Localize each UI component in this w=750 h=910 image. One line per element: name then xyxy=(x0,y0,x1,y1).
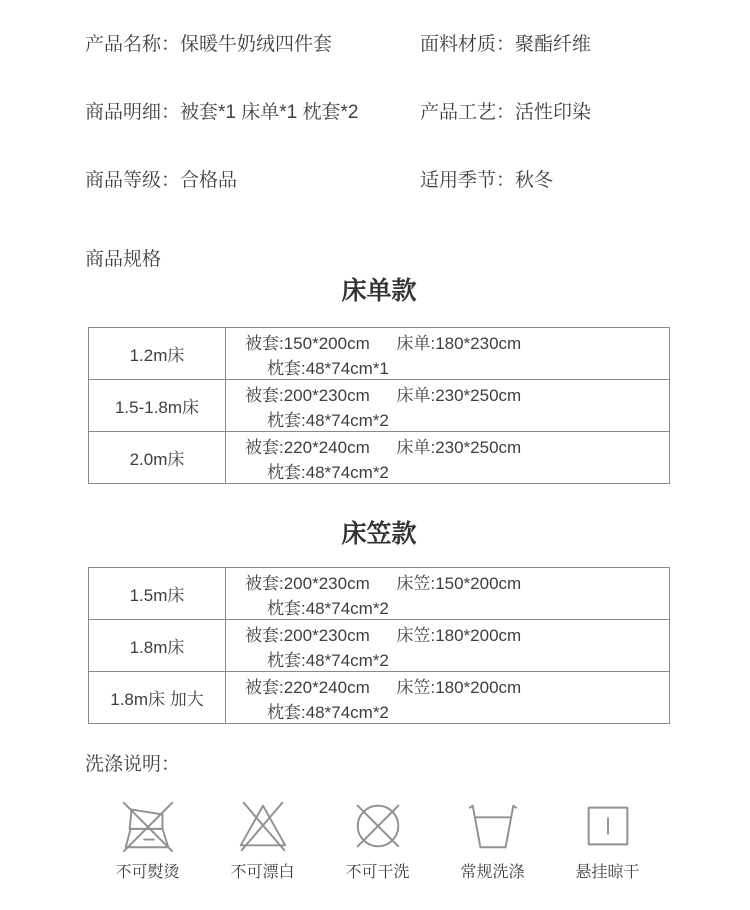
normal-wash-icon xyxy=(464,797,522,855)
size-cell: 2.0m床 xyxy=(89,432,226,484)
sheet-spec: 床单:230*250cm xyxy=(396,386,521,405)
care-label: 不可漂白 xyxy=(230,859,294,882)
attribute-row: 产品名称：保暖牛奶绒四件套 面料材质：聚酯纤维 xyxy=(85,32,685,58)
care-item-no-iron: 不可熨烫 xyxy=(90,797,205,882)
attr-value: 被套*1 床单*1 枕套*2 xyxy=(180,102,358,123)
table-row: 1.5m床 被套:200*230cm 床笠:150*200cm 枕套:48*74… xyxy=(89,568,670,620)
care-label: 悬挂晾干 xyxy=(575,859,639,882)
no-dry-clean-icon xyxy=(349,797,407,855)
spec-cell: 被套:200*230cm 床笠:150*200cm 枕套:48*74cm*2 xyxy=(226,568,670,620)
attr-craft: 产品工艺：活性印染 xyxy=(420,100,591,126)
attr-season: 适用季节：秋冬 xyxy=(420,168,553,194)
table-row: 2.0m床 被套:220*240cm 床单:230*250cm 枕套:48*74… xyxy=(89,432,670,484)
fitted-sheet-spec: 床笠:180*200cm xyxy=(396,678,521,697)
table-row: 1.8m床 加大 被套:220*240cm 床笠:180*200cm 枕套:48… xyxy=(89,672,670,724)
size-cell: 1.2m床 xyxy=(89,328,226,380)
pillow-spec: 枕套:48*74cm*2 xyxy=(267,463,389,482)
fitted-sheet-spec: 床笠:180*200cm xyxy=(396,626,521,645)
attr-value: 合格品 xyxy=(180,170,237,191)
attr-grade: 商品等级：合格品 xyxy=(85,168,420,194)
size-cell: 1.5m床 xyxy=(89,568,226,620)
sheet-table-title: 床单款 xyxy=(88,276,670,306)
duvet-spec: 被套:150*200cm xyxy=(245,334,370,353)
table-row: 1.8m床 被套:200*230cm 床笠:180*200cm 枕套:48*74… xyxy=(89,620,670,672)
attr-label: 产品名称： xyxy=(85,34,180,55)
attribute-row: 商品等级：合格品 适用季节：秋冬 xyxy=(85,168,685,194)
no-iron-icon xyxy=(119,797,177,855)
table-row: 1.5-1.8m床 被套:200*230cm 床单:230*250cm 枕套:4… xyxy=(89,380,670,432)
attr-label: 商品等级： xyxy=(85,170,180,191)
size-cell: 1.5-1.8m床 xyxy=(89,380,226,432)
spec-section-title: 商品规格 xyxy=(85,247,161,273)
pillow-spec: 枕套:48*74cm*1 xyxy=(267,359,389,378)
duvet-spec: 被套:220*240cm xyxy=(245,438,370,457)
care-icons-row: 不可熨烫 不可漂白 不可干洗 常规洗涤 xyxy=(90,797,665,882)
attr-fabric-material: 面料材质：聚酯纤维 xyxy=(420,32,591,58)
spec-cell: 被套:220*240cm 床笠:180*200cm 枕套:48*74cm*2 xyxy=(226,672,670,724)
care-label: 不可干洗 xyxy=(345,859,409,882)
sheet-spec: 床单:230*250cm xyxy=(396,438,521,457)
product-attributes: 产品名称：保暖牛奶绒四件套 面料材质：聚酯纤维 商品明细：被套*1 床单*1 枕… xyxy=(85,32,685,236)
attr-label: 商品明细： xyxy=(85,102,180,123)
attr-label: 产品工艺： xyxy=(420,102,515,123)
attr-value: 聚酯纤维 xyxy=(515,34,591,55)
care-label: 常规洗涤 xyxy=(460,859,524,882)
spec-cell: 被套:220*240cm 床单:230*250cm 枕套:48*74cm*2 xyxy=(226,432,670,484)
no-bleach-icon xyxy=(234,797,292,855)
spec-cell: 被套:200*230cm 床笠:180*200cm 枕套:48*74cm*2 xyxy=(226,620,670,672)
pillow-spec: 枕套:48*74cm*2 xyxy=(267,703,389,722)
attr-product-name: 产品名称：保暖牛奶绒四件套 xyxy=(85,32,420,58)
attr-value: 秋冬 xyxy=(515,170,553,191)
spec-cell: 被套:150*200cm 床单:180*230cm 枕套:48*74cm*1 xyxy=(226,328,670,380)
care-item-normal-wash: 常规洗涤 xyxy=(435,797,550,882)
duvet-spec: 被套:220*240cm xyxy=(245,678,370,697)
sheet-spec: 床单:180*230cm xyxy=(396,334,521,353)
attr-value: 活性印染 xyxy=(515,102,591,123)
attr-label: 面料材质： xyxy=(420,34,515,55)
care-item-no-bleach: 不可漂白 xyxy=(205,797,320,882)
spec-cell: 被套:200*230cm 床单:230*250cm 枕套:48*74cm*2 xyxy=(226,380,670,432)
pillow-spec: 枕套:48*74cm*2 xyxy=(267,411,389,430)
attr-value: 保暖牛奶绒四件套 xyxy=(180,34,332,55)
attr-label: 适用季节： xyxy=(420,170,515,191)
fitted-sheet-spec: 床笠:150*200cm xyxy=(396,574,521,593)
table-row: 1.2m床 被套:150*200cm 床单:180*230cm 枕套:48*74… xyxy=(89,328,670,380)
sheet-spec-table: 1.2m床 被套:150*200cm 床单:180*230cm 枕套:48*74… xyxy=(88,327,670,484)
size-cell: 1.8m床 xyxy=(89,620,226,672)
product-detail-page: 产品名称：保暖牛奶绒四件套 面料材质：聚酯纤维 商品明细：被套*1 床单*1 枕… xyxy=(0,0,750,910)
washing-section-title: 洗涤说明： xyxy=(85,752,180,778)
pillow-spec: 枕套:48*74cm*2 xyxy=(267,651,389,670)
fitted-spec-table: 1.5m床 被套:200*230cm 床笠:150*200cm 枕套:48*74… xyxy=(88,567,670,724)
care-item-no-dry-clean: 不可干洗 xyxy=(320,797,435,882)
attr-item-detail: 商品明细：被套*1 床单*1 枕套*2 xyxy=(85,100,420,126)
fitted-table-title: 床笠款 xyxy=(88,519,670,549)
duvet-spec: 被套:200*230cm xyxy=(245,626,370,645)
hang-dry-icon xyxy=(579,797,637,855)
attribute-row: 商品明细：被套*1 床单*1 枕套*2 产品工艺：活性印染 xyxy=(85,100,685,126)
size-cell: 1.8m床 加大 xyxy=(89,672,226,724)
care-item-hang-dry: 悬挂晾干 xyxy=(550,797,665,882)
duvet-spec: 被套:200*230cm xyxy=(245,386,370,405)
care-label: 不可熨烫 xyxy=(115,859,179,882)
pillow-spec: 枕套:48*74cm*2 xyxy=(267,599,389,618)
duvet-spec: 被套:200*230cm xyxy=(245,574,370,593)
